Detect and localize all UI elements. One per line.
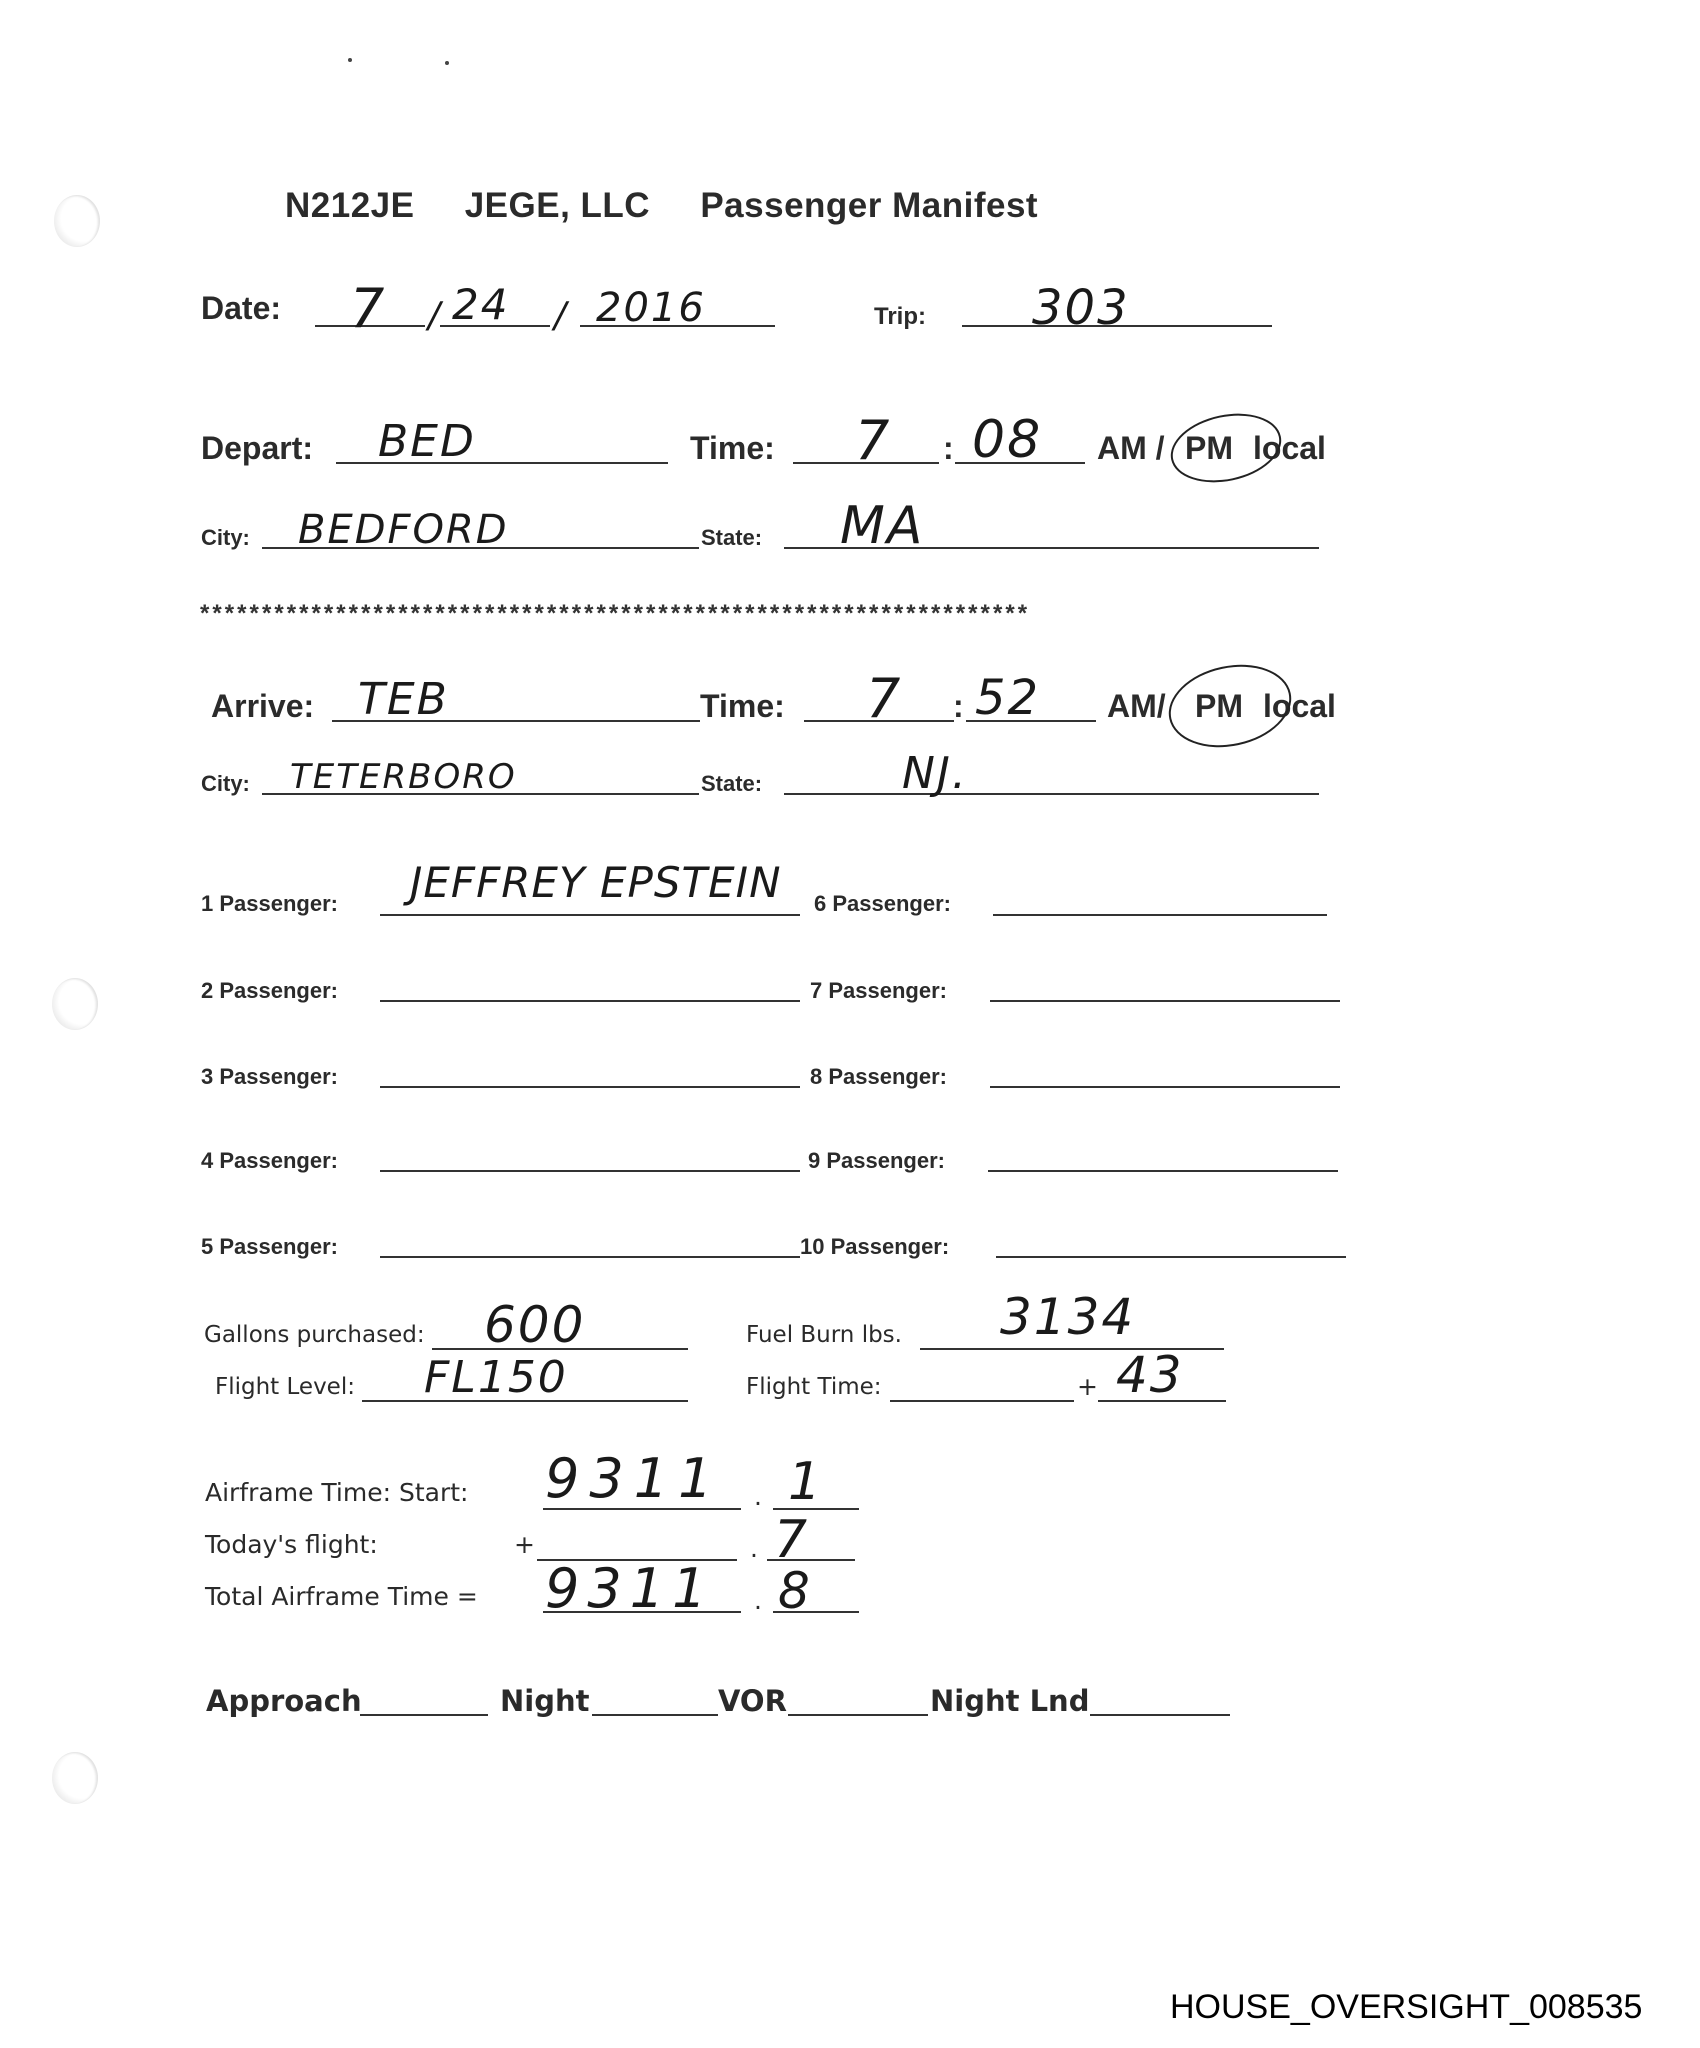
total-airframe-whole-value: 9311 xyxy=(545,1562,714,1616)
company-name: JEGE, LLC xyxy=(465,186,650,225)
passenger-8-field[interactable] xyxy=(990,1086,1340,1088)
arrive-time-label: Time: xyxy=(700,688,785,725)
depart-minute-value: 08 xyxy=(972,414,1042,466)
trip-value: 303 xyxy=(1032,284,1130,332)
arrive-pm-circle-mark xyxy=(1161,654,1299,758)
passenger-9-label: 9 Passenger: xyxy=(808,1148,945,1174)
scan-speck xyxy=(445,61,449,65)
scan-speck xyxy=(348,58,352,62)
arrive-city-label: City: xyxy=(201,771,250,797)
trip-label: Trip: xyxy=(874,303,926,331)
passenger-10-field[interactable] xyxy=(996,1256,1346,1258)
date-year-value: 2016 xyxy=(596,288,706,328)
airframe-start-label: Airframe Time: Start: xyxy=(205,1478,468,1507)
flight-time-plus: + xyxy=(1077,1372,1098,1401)
arrive-state-value: NJ. xyxy=(902,752,968,796)
gallons-purchased-value: 600 xyxy=(484,1300,585,1350)
date-separator-2: / xyxy=(554,298,568,334)
arrive-hour-value: 7 xyxy=(866,672,902,726)
tail-number: N212JE xyxy=(285,186,414,225)
passenger-8-label: 8 Passenger: xyxy=(810,1064,947,1090)
flight-level-value: FL150 xyxy=(424,1356,568,1400)
passenger-5-field[interactable] xyxy=(380,1256,800,1258)
fuel-burn-label: Fuel Burn lbs. xyxy=(746,1322,902,1348)
passenger-1-name: JEFFREY EPSTEIN xyxy=(410,862,782,904)
date-day-value: 24 xyxy=(452,284,509,326)
arrive-label: Arrive: xyxy=(211,688,314,725)
passenger-4-label: 4 Passenger: xyxy=(201,1148,338,1174)
arrive-state-label: State: xyxy=(701,771,762,797)
section-divider: ****************************************… xyxy=(200,600,1030,628)
passenger-5-label: 5 Passenger: xyxy=(201,1234,338,1260)
airframe-start-tenth-value: 1 xyxy=(788,1456,823,1508)
passenger-1-field[interactable] xyxy=(380,914,800,916)
hole-punch-bottom xyxy=(52,1752,98,1804)
depart-pm-circle-mark xyxy=(1164,404,1287,492)
bates-number: HOUSE_OVERSIGHT_008535 xyxy=(1170,1988,1642,2027)
depart-am-option[interactable]: AM / xyxy=(1097,430,1165,467)
passenger-6-label: 6 Passenger: xyxy=(814,891,951,917)
night-lnd-label: Night Lnd xyxy=(930,1684,1089,1718)
arrive-state-field[interactable] xyxy=(784,793,1319,795)
night-label: Night xyxy=(500,1684,589,1718)
date-separator-1: / xyxy=(428,298,442,334)
vor-field[interactable] xyxy=(788,1714,928,1716)
depart-time-colon: : xyxy=(943,430,954,467)
approach-field[interactable] xyxy=(360,1714,488,1716)
todays-flight-plus: + xyxy=(514,1530,535,1559)
hole-punch-middle xyxy=(52,978,98,1030)
depart-city-value: BEDFORD xyxy=(298,510,509,550)
arrive-time-colon: : xyxy=(953,688,964,725)
depart-time-label: Time: xyxy=(690,430,775,467)
total-airframe-tenth-value: 8 xyxy=(778,1566,812,1616)
passenger-6-field[interactable] xyxy=(993,914,1327,916)
flight-level-label: Flight Level: xyxy=(215,1374,355,1400)
arrive-am-option[interactable]: AM/ xyxy=(1107,688,1166,725)
gallons-purchased-label: Gallons purchased: xyxy=(204,1322,425,1348)
passenger-2-field[interactable] xyxy=(380,1000,800,1002)
page-title: N212JE JEGE, LLC Passenger Manifest xyxy=(285,186,1038,226)
airframe-start-whole-value: 9311 xyxy=(545,1452,722,1506)
fuel-burn-value: 3134 xyxy=(1000,1292,1135,1342)
passenger-9-field[interactable] xyxy=(988,1170,1338,1172)
total-airframe-label: Total Airframe Time = xyxy=(205,1582,478,1611)
depart-city-label: City: xyxy=(201,525,250,551)
hole-punch-top xyxy=(54,195,100,247)
arrive-airport-value: TEB xyxy=(358,678,449,722)
todays-flight-decimal: . xyxy=(750,1534,758,1563)
flight-time-hours-field[interactable] xyxy=(890,1400,1074,1402)
flight-time-minutes-value: 43 xyxy=(1116,1350,1184,1400)
date-label: Date: xyxy=(201,290,281,327)
todays-flight-tenth-value: 7 xyxy=(774,1514,809,1566)
night-field[interactable] xyxy=(592,1714,718,1716)
passenger-2-label: 2 Passenger: xyxy=(201,978,338,1004)
approach-label: Approach xyxy=(206,1684,362,1718)
passenger-3-label: 3 Passenger: xyxy=(201,1064,338,1090)
depart-label: Depart: xyxy=(201,430,313,467)
arrive-city-value: TETERBORO xyxy=(290,760,517,794)
night-lnd-field[interactable] xyxy=(1090,1714,1230,1716)
passenger-3-field[interactable] xyxy=(380,1086,800,1088)
passenger-7-label: 7 Passenger: xyxy=(810,978,947,1004)
form-title: Passenger Manifest xyxy=(700,186,1038,225)
depart-airport-value: BED xyxy=(378,420,476,464)
date-month-value: 7 xyxy=(350,282,386,336)
depart-state-value: MA xyxy=(840,500,924,552)
passenger-1-label: 1 Passenger: xyxy=(201,891,338,917)
airframe-start-decimal: . xyxy=(754,1482,762,1511)
arrive-minute-value: 52 xyxy=(975,674,1040,722)
todays-flight-label: Today's flight: xyxy=(205,1530,378,1559)
passenger-7-field[interactable] xyxy=(990,1000,1340,1002)
depart-hour-value: 7 xyxy=(855,414,891,468)
vor-label: VOR xyxy=(718,1684,787,1718)
passenger-10-label: 10 Passenger: xyxy=(800,1234,949,1260)
depart-state-label: State: xyxy=(701,525,762,551)
total-airframe-decimal: . xyxy=(754,1586,762,1615)
passenger-4-field[interactable] xyxy=(380,1170,800,1172)
flight-time-label: Flight Time: xyxy=(746,1374,882,1400)
